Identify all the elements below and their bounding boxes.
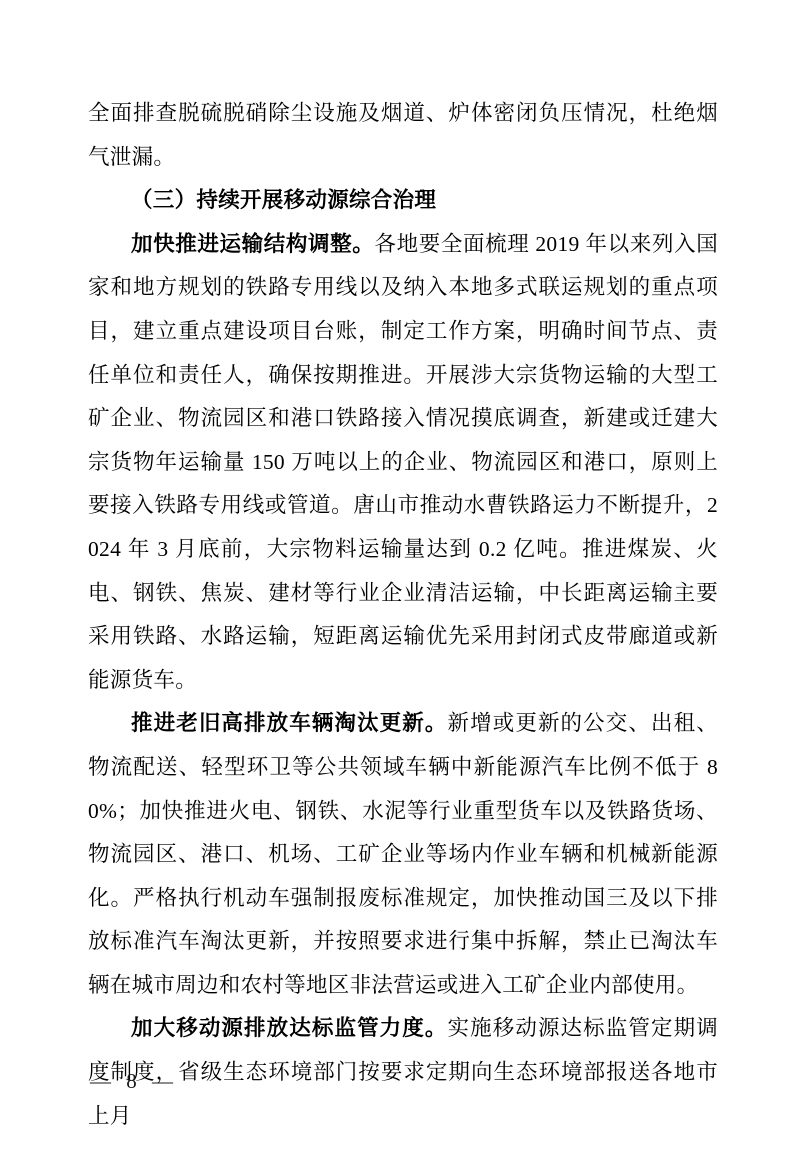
bold-text-run: （三）持续开展移动源综合治理 xyxy=(131,188,436,212)
document-body: 全面排查脱硫脱硝除尘设施及烟道、炉体密闭负压情况，杜绝烟气泄漏。（三）持续开展移… xyxy=(88,92,718,1138)
bold-text-run: 加快推进运输结构调整。 xyxy=(131,232,374,256)
paragraph: 加快推进运输结构调整。各地要全面梳理 2019 年以来列入国家和地方规划的铁路专… xyxy=(88,223,718,703)
text-run: 新增或更新的公交、出租、物流配送、轻型环卫等公共领域车辆中新能源汽车比例不低于 … xyxy=(88,711,718,997)
section-heading: （三）持续开展移动源综合治理 xyxy=(88,179,718,223)
document-page: 全面排查脱硫脱硝除尘设施及烟道、炉体密闭负压情况，杜绝烟气泄漏。（三）持续开展移… xyxy=(0,0,806,1149)
text-run: 全面排查脱硫脱硝除尘设施及烟道、炉体密闭负压情况，杜绝烟气泄漏。 xyxy=(88,101,718,169)
paragraph: 加大移动源排放达标监管力度。实施移动源达标监管定期调度制度，省级生态环境部门按要… xyxy=(88,1007,718,1138)
page-number: — 8 — xyxy=(90,1068,178,1094)
bold-text-run: 加大移动源排放达标监管力度。 xyxy=(131,1016,448,1040)
text-run: 各地要全面梳理 2019 年以来列入国家和地方规划的铁路专用线以及纳入本地多式联… xyxy=(88,232,718,692)
paragraph: 全面排查脱硫脱硝除尘设施及烟道、炉体密闭负压情况，杜绝烟气泄漏。 xyxy=(88,92,718,179)
paragraph: 推进老旧高排放车辆淘汰更新。新增或更新的公交、出租、物流配送、轻型环卫等公共领域… xyxy=(88,702,718,1007)
bold-text-run: 推进老旧高排放车辆淘汰更新。 xyxy=(131,711,448,735)
